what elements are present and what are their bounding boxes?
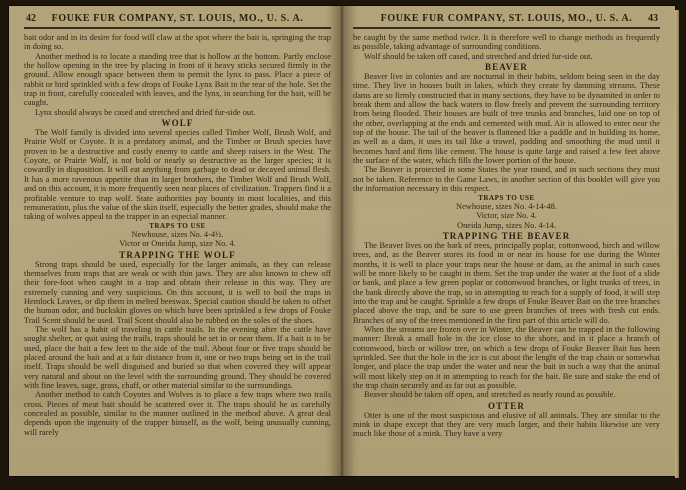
paragraph: The wolf has a habit of traveling in cat… xyxy=(24,325,331,390)
photographed-book-spread: { "book": { "left_page": { "page_number"… xyxy=(0,0,686,490)
paragraph: be caught by the same method twice. It i… xyxy=(353,33,660,52)
paragraph: Otter is one of the most suspicious and … xyxy=(353,411,660,439)
section-heading: TRAPPING THE BEAVER xyxy=(353,231,660,241)
section-heading: OTTER xyxy=(353,401,660,411)
trap-size-line: Newhouse, sizes No. 4-14-48. xyxy=(353,202,660,211)
paragraph: Another method to catch Coyotes and Wolv… xyxy=(24,390,331,437)
page-right-text-column: be caught by the same method twice. It i… xyxy=(353,33,660,439)
running-header-title-left: FOUKE FUR COMPANY, ST. LOUIS, MO., U. S.… xyxy=(24,13,331,24)
section-heading: BEAVER xyxy=(353,62,660,72)
running-header-left: 42 FOUKE FUR COMPANY, ST. LOUIS, MO., U.… xyxy=(24,13,331,29)
paragraph: The Wolf family is divided into several … xyxy=(24,128,331,221)
traps-to-use-heading: TRAPS TO USE xyxy=(24,222,331,231)
paragraph: Lynx should always be cased and stretche… xyxy=(24,108,331,117)
running-header-right: FOUKE FUR COMPANY, ST. LOUIS, MO., U. S.… xyxy=(353,13,660,29)
trap-size-line: Victor, size No. 4. xyxy=(353,211,660,220)
paragraph: Beaver live in colonies and are nocturna… xyxy=(353,72,660,165)
page-number-right: 43 xyxy=(648,13,658,24)
paragraph: Strong traps should be used, especially … xyxy=(24,260,331,325)
open-book: 42 FOUKE FUR COMPANY, ST. LOUIS, MO., U.… xyxy=(9,6,675,476)
trap-size-line: Victor or Oneida Jump, size No. 4. xyxy=(24,239,331,248)
page-right: FOUKE FUR COMPANY, ST. LOUIS, MO., U. S.… xyxy=(342,6,675,476)
trap-size-line: Newhouse, sizes No. 4-4½. xyxy=(24,230,331,239)
paragraph: Another method is to locate a standing t… xyxy=(24,52,331,108)
page-left: 42 FOUKE FUR COMPANY, ST. LOUIS, MO., U.… xyxy=(9,6,342,476)
running-header-title-right: FOUKE FUR COMPANY, ST. LOUIS, MO., U. S.… xyxy=(353,13,660,24)
page-number-left: 42 xyxy=(26,13,36,24)
section-heading: TRAPPING THE WOLF xyxy=(24,250,331,260)
paragraph: bait odor and in its desire for food wil… xyxy=(24,33,331,52)
paragraph: Wolf should be taken off cased, and stre… xyxy=(353,52,660,61)
paragraph: Beaver should be taken off open, and str… xyxy=(353,390,660,399)
trap-size-line: Oneida Jump, sizes No. 4-14. xyxy=(353,221,660,230)
section-heading: WOLF xyxy=(24,118,331,128)
paragraph: The Beaver is protected in some States t… xyxy=(353,165,660,193)
paragraph: The Beaver lives on the bark of trees, p… xyxy=(353,241,660,325)
page-left-text-column: bait odor and in its desire for food wil… xyxy=(24,33,331,437)
traps-to-use-heading: TRAPS TO USE xyxy=(353,194,660,203)
paragraph: When the streams are frozen over in Wint… xyxy=(353,325,660,390)
